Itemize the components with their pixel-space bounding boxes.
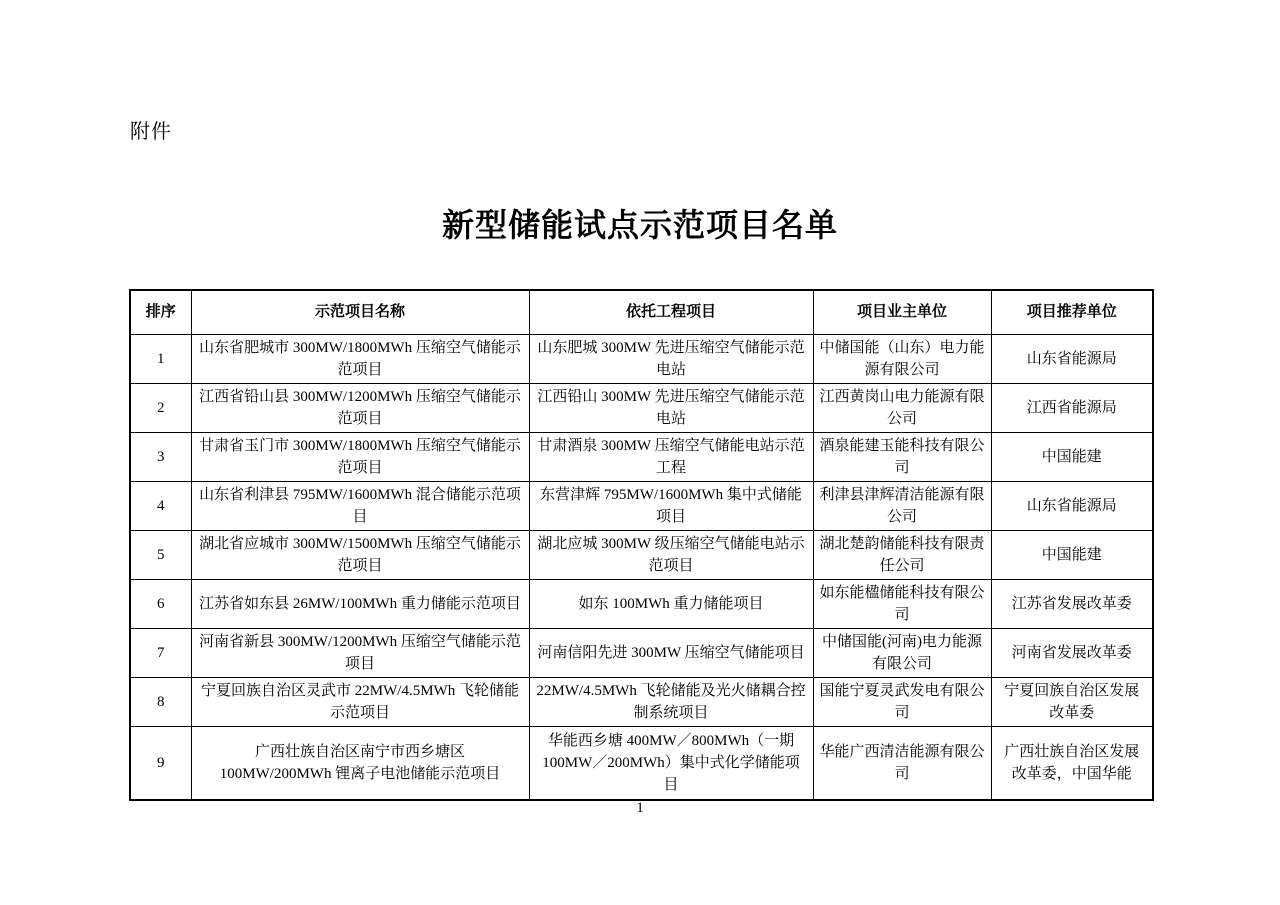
cell-recommender: 中国能建 [991,530,1153,579]
table-row: 5 湖北省应城市 300MW/1500MWh 压缩空气储能示范项目 湖北应城 3… [130,530,1153,579]
table-row: 2 江西省铅山县 300MW/1200MWh 压缩空气储能示范项目 江西铅山 3… [130,383,1153,432]
cell-rank: 2 [130,383,191,432]
table-row: 4 山东省利津县 795MW/1600MWh 混合储能示范项目 东营津辉 795… [130,481,1153,530]
cell-supporting-project: 华能西乡塘 400MW／800MWh（一期 100MW／200MWh）集中式化学… [529,726,813,800]
cell-rank: 7 [130,628,191,677]
cell-recommender: 广西壮族自治区发展改革委，中国华能 [991,726,1153,800]
column-header-owner: 项目业主单位 [813,290,991,334]
cell-recommender: 江西省能源局 [991,383,1153,432]
cell-owner: 中储国能(河南)电力能源有限公司 [813,628,991,677]
cell-owner: 国能宁夏灵武发电有限公司 [813,677,991,726]
cell-recommender: 山东省能源局 [991,334,1153,383]
cell-supporting-project: 东营津辉 795MW/1600MWh 集中式储能项目 [529,481,813,530]
cell-recommender: 宁夏回族自治区发展改革委 [991,677,1153,726]
cell-recommender: 河南省发展改革委 [991,628,1153,677]
column-header-recommender: 项目推荐单位 [991,290,1153,334]
cell-recommender: 山东省能源局 [991,481,1153,530]
cell-supporting-project: 江西铅山 300MW 先进压缩空气储能示范电站 [529,383,813,432]
cell-rank: 5 [130,530,191,579]
cell-rank: 3 [130,432,191,481]
table-row: 6 江苏省如东县 26MW/100MWh 重力储能示范项目 如东 100MWh … [130,579,1153,628]
cell-project-name: 山东省利津县 795MW/1600MWh 混合储能示范项目 [191,481,529,530]
cell-owner: 华能广西清洁能源有限公司 [813,726,991,800]
project-table: 排序 示范项目名称 依托工程项目 项目业主单位 项目推荐单位 1 山东省肥城市 … [129,289,1154,801]
table-row: 1 山东省肥城市 300MW/1800MWh 压缩空气储能示范项目 山东肥城 3… [130,334,1153,383]
cell-project-name: 甘肃省玉门市 300MW/1800MWh 压缩空气储能示范项目 [191,432,529,481]
cell-recommender: 江苏省发展改革委 [991,579,1153,628]
cell-owner: 江西黄岗山电力能源有限公司 [813,383,991,432]
cell-owner: 中储国能（山东）电力能源有限公司 [813,334,991,383]
attachment-label: 附件 [130,115,172,144]
table-row: 9 广西壮族自治区南宁市西乡塘区 100MW/200MWh 锂离子电池储能示范项… [130,726,1153,800]
table-header-row: 排序 示范项目名称 依托工程项目 项目业主单位 项目推荐单位 [130,290,1153,334]
page-title: 新型储能试点示范项目名单 [0,200,1280,246]
cell-owner: 酒泉能建玉能科技有限公司 [813,432,991,481]
cell-project-name: 广西壮族自治区南宁市西乡塘区 100MW/200MWh 锂离子电池储能示范项目 [191,726,529,800]
column-header-rank: 排序 [130,290,191,334]
cell-owner: 湖北楚韵储能科技有限责任公司 [813,530,991,579]
cell-rank: 4 [130,481,191,530]
cell-project-name: 河南省新县 300MW/1200MWh 压缩空气储能示范项目 [191,628,529,677]
column-header-project-name: 示范项目名称 [191,290,529,334]
cell-project-name: 山东省肥城市 300MW/1800MWh 压缩空气储能示范项目 [191,334,529,383]
cell-project-name: 宁夏回族自治区灵武市 22MW/4.5MWh 飞轮储能示范项目 [191,677,529,726]
cell-rank: 8 [130,677,191,726]
table-row: 7 河南省新县 300MW/1200MWh 压缩空气储能示范项目 河南信阳先进 … [130,628,1153,677]
column-header-supporting-project: 依托工程项目 [529,290,813,334]
table-row: 3 甘肃省玉门市 300MW/1800MWh 压缩空气储能示范项目 甘肃酒泉 3… [130,432,1153,481]
cell-supporting-project: 22MW/4.5MWh 飞轮储能及光火储耦合控制系统项目 [529,677,813,726]
cell-project-name: 江苏省如东县 26MW/100MWh 重力储能示范项目 [191,579,529,628]
cell-supporting-project: 湖北应城 300MW 级压缩空气储能电站示范项目 [529,530,813,579]
cell-owner: 利津县津辉清洁能源有限公司 [813,481,991,530]
cell-project-name: 江西省铅山县 300MW/1200MWh 压缩空气储能示范项目 [191,383,529,432]
document-page: 附件 新型储能试点示范项目名单 排序 示范项目名称 依托工程项目 项目业主单位 … [0,0,1280,905]
cell-supporting-project: 山东肥城 300MW 先进压缩空气储能示范电站 [529,334,813,383]
cell-recommender: 中国能建 [991,432,1153,481]
cell-supporting-project: 河南信阳先进 300MW 压缩空气储能项目 [529,628,813,677]
cell-owner: 如东能楹储能科技有限公司 [813,579,991,628]
cell-project-name: 湖北省应城市 300MW/1500MWh 压缩空气储能示范项目 [191,530,529,579]
cell-supporting-project: 甘肃酒泉 300MW 压缩空气储能电站示范工程 [529,432,813,481]
cell-rank: 9 [130,726,191,800]
cell-rank: 1 [130,334,191,383]
cell-supporting-project: 如东 100MWh 重力储能项目 [529,579,813,628]
page-number: 1 [0,800,1280,817]
table-row: 8 宁夏回族自治区灵武市 22MW/4.5MWh 飞轮储能示范项目 22MW/4… [130,677,1153,726]
cell-rank: 6 [130,579,191,628]
